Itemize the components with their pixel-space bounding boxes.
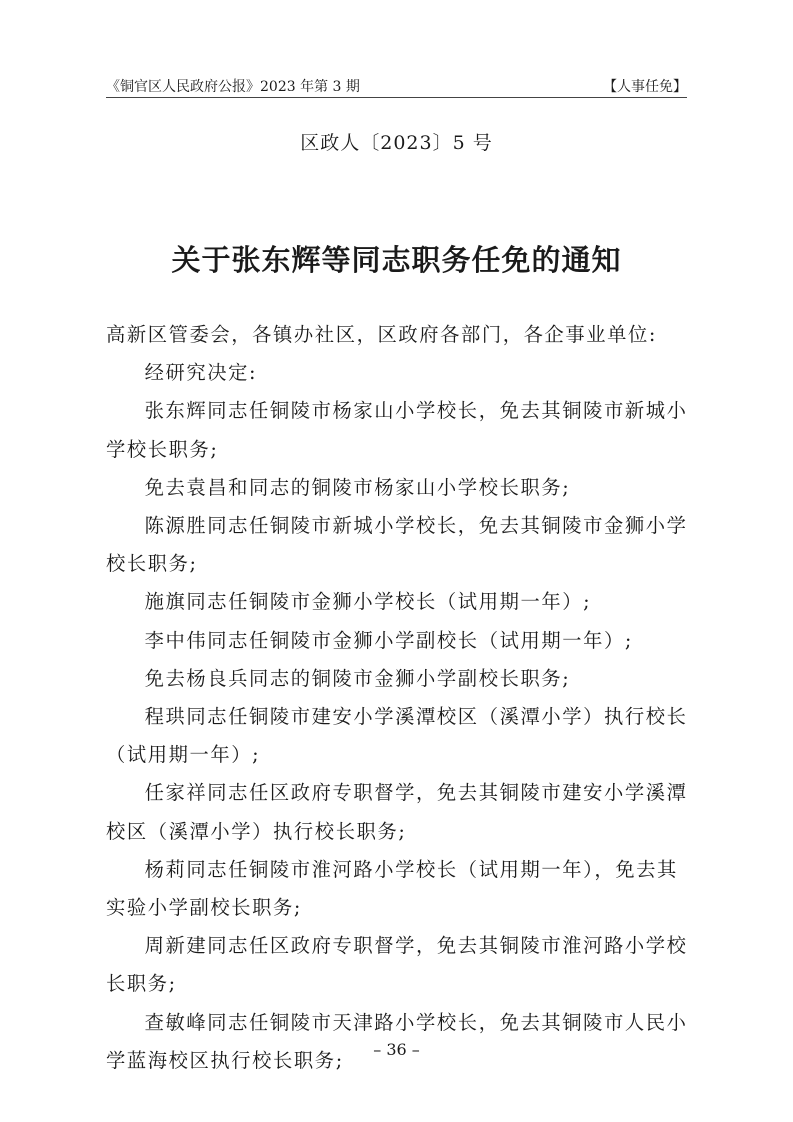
paragraph: 杨莉同志任铜陵市淮河路小学校长（试用期一年），免去其实验小学副校长职务; — [106, 851, 690, 927]
paragraph: 免去袁昌和同志的铜陵市杨家山小学校长职务; — [106, 469, 690, 507]
paragraph: 周新建同志任区政府专职督学，免去其铜陵市淮河路小学校长职务; — [106, 927, 690, 1003]
paragraph: 经研究决定: — [106, 354, 690, 392]
paragraph: 张东辉同志任铜陵市杨家山小学校长，免去其铜陵市新城小学校长职务; — [106, 392, 690, 468]
paragraph: 陈源胜同志任铜陵市新城小学校长，免去其铜陵市金狮小学校长职务; — [106, 507, 690, 583]
document-body: 高新区管委会，各镇办社区，区政府各部门，各企事业单位: 经研究决定: 张东辉同志… — [106, 316, 690, 1080]
paragraph: 任家祥同志任区政府专职督学，免去其铜陵市建安小学溪潭校区（溪潭小学）执行校长职务… — [106, 774, 690, 850]
section-label: 【人事任免】 — [603, 76, 687, 96]
page-number: – 36 – — [0, 1040, 793, 1059]
paragraph: 施旗同志任铜陵市金狮小学校长（试用期一年）; — [106, 583, 690, 621]
running-header: 《铜官区人民政府公报》2023 年第 3 期 【人事任免】 — [106, 72, 687, 96]
addressee: 高新区管委会，各镇办社区，区政府各部门，各企事业单位: — [106, 316, 690, 354]
paragraph: 李中伟同志任铜陵市金狮小学副校长（试用期一年）; — [106, 622, 690, 660]
paragraph: 程珙同志任铜陵市建安小学溪潭校区（溪潭小学）执行校长（试用期一年）; — [106, 698, 690, 774]
header-divider — [106, 97, 687, 98]
paragraph: 免去杨良兵同志的铜陵市金狮小学副校长职务; — [106, 660, 690, 698]
publication-name: 《铜官区人民政府公报》2023 年第 3 期 — [106, 76, 360, 96]
document-title: 关于张东辉等同志职务任免的通知 — [0, 238, 793, 279]
document-number: 区政人〔2023〕5 号 — [0, 128, 793, 155]
